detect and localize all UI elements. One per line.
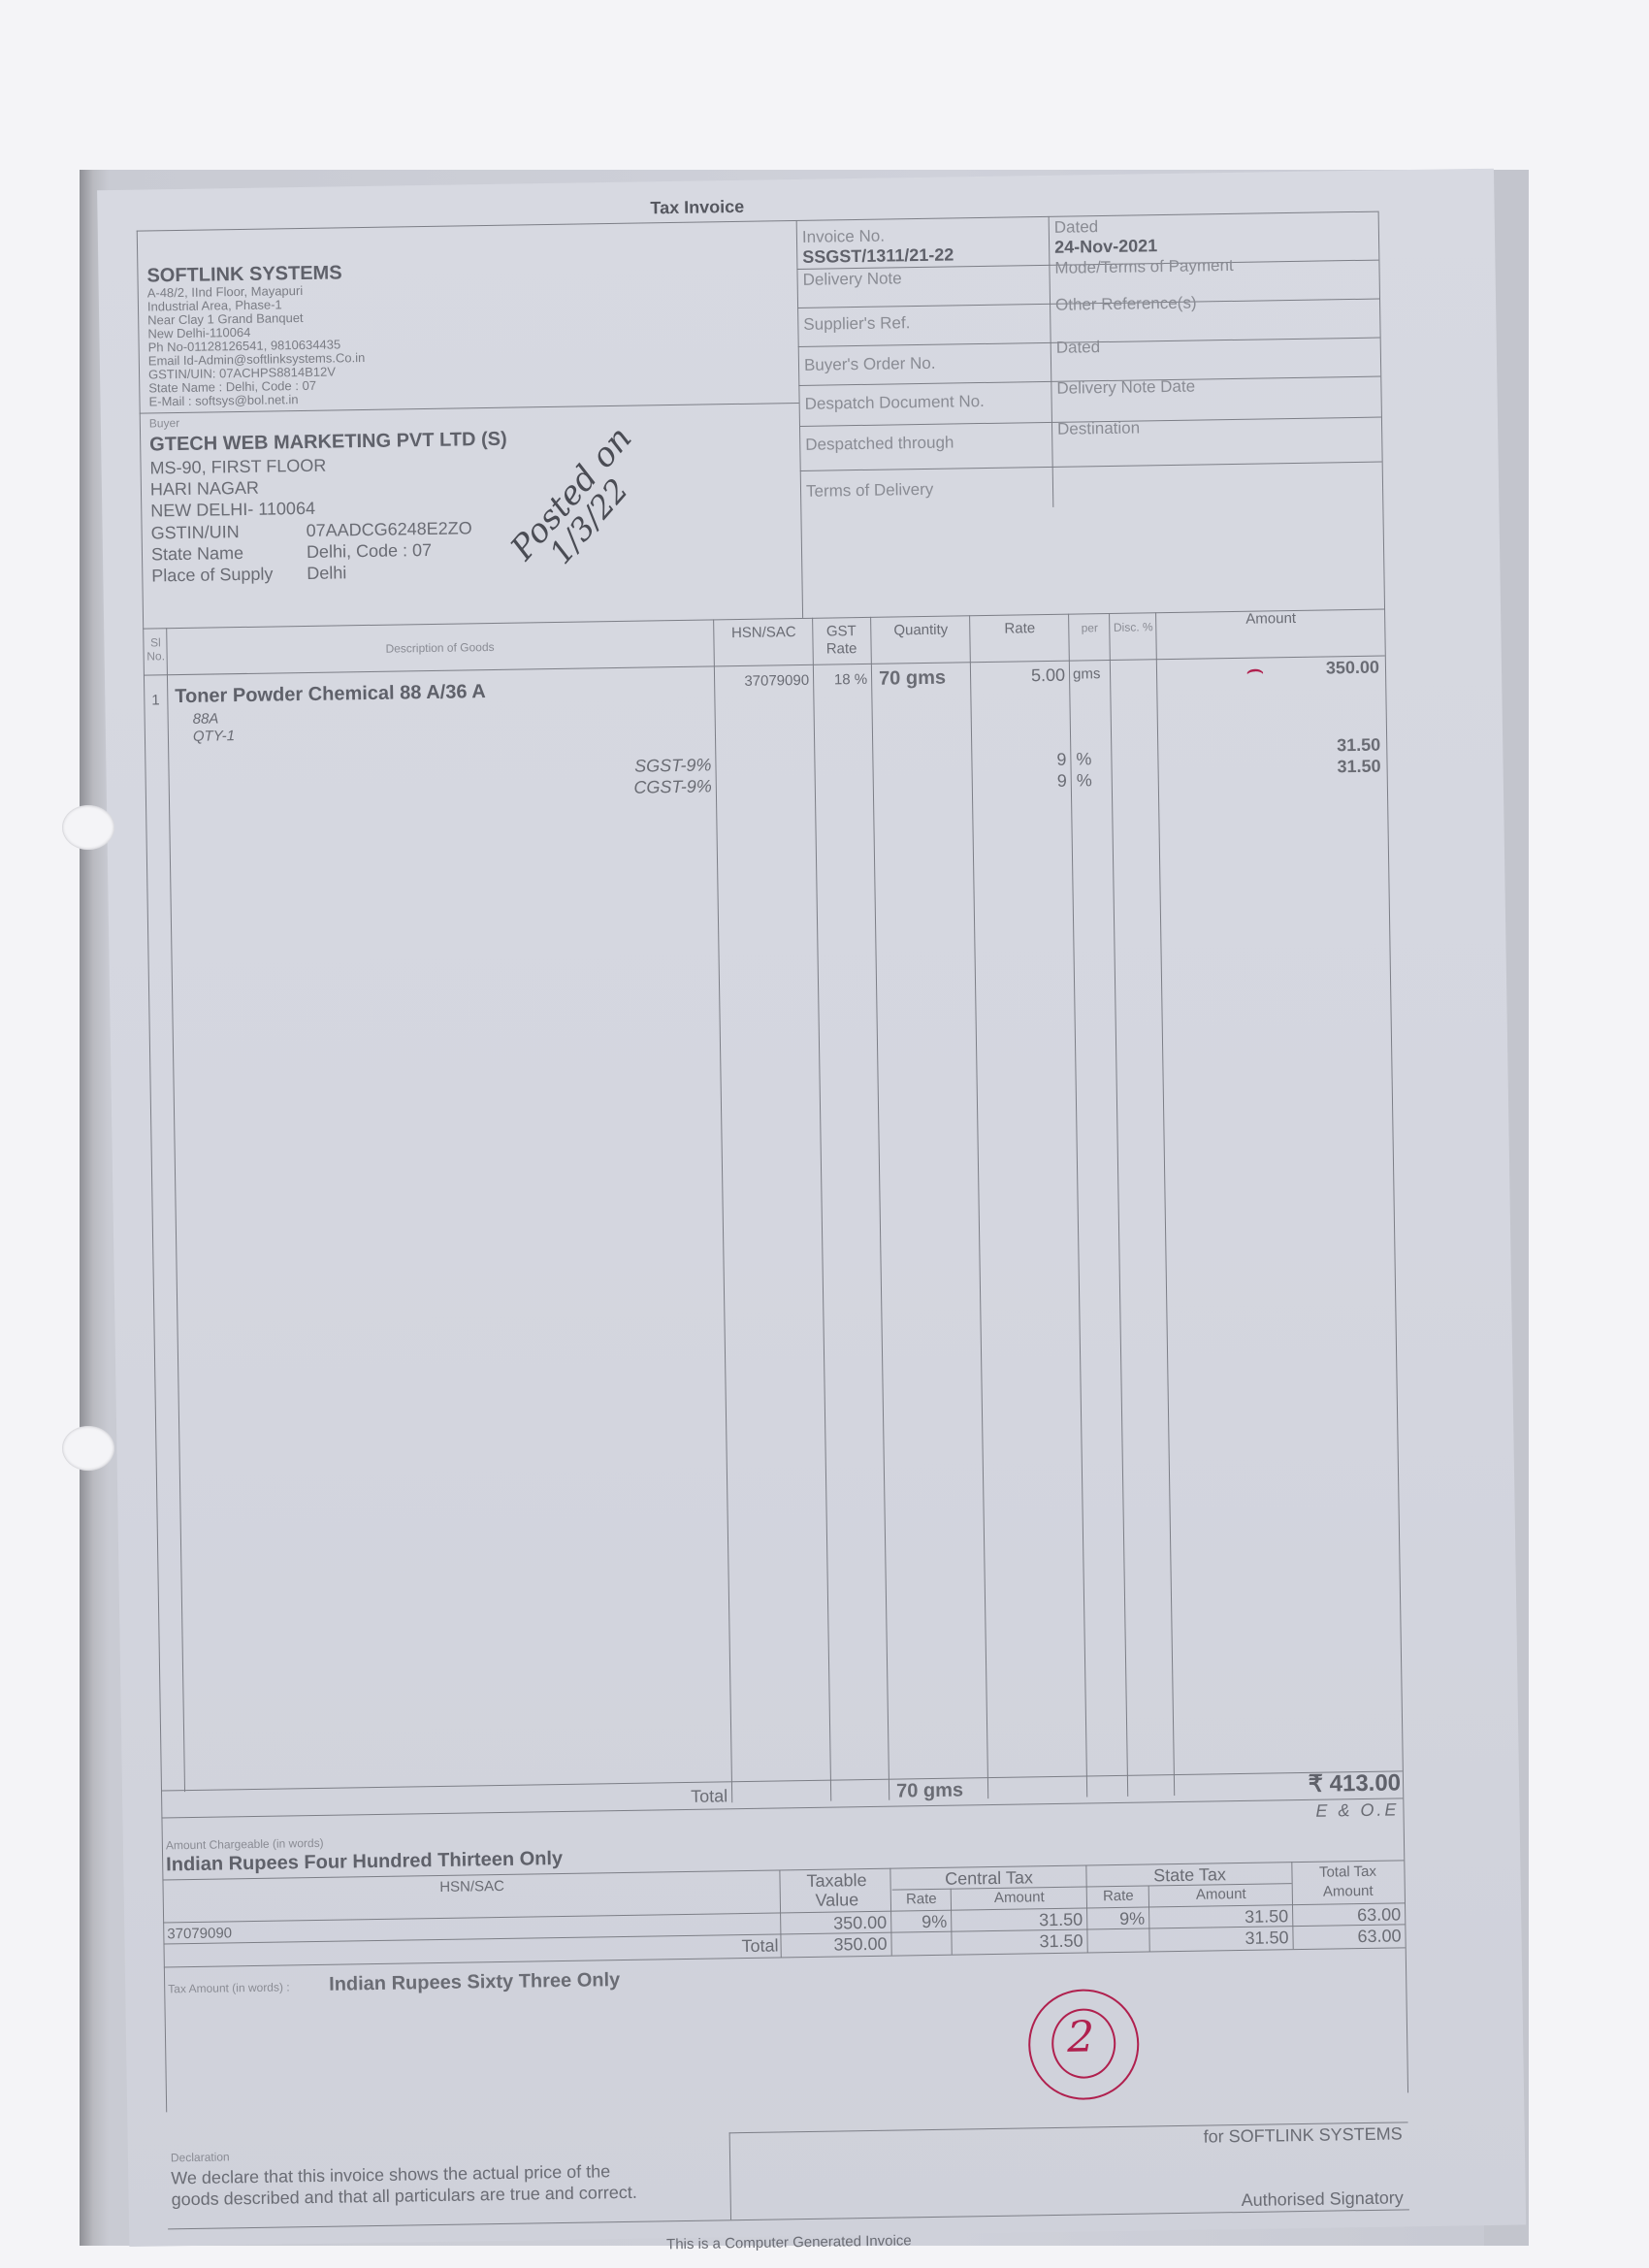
tax-line-rate: 9 bbox=[973, 750, 1066, 772]
punch-hole bbox=[62, 1426, 114, 1471]
tax-line-label: CGST-9% bbox=[495, 776, 712, 800]
tax-line-amount: 31.50 bbox=[1159, 757, 1380, 781]
col-rate-header: Rate bbox=[971, 620, 1068, 638]
col-line bbox=[812, 618, 831, 1801]
buyer-gstin: 07AADCG6248E2ZO bbox=[306, 517, 471, 541]
despatch-doc-label: Despatch Document No. bbox=[804, 392, 984, 414]
item-description: Toner Powder Chemical 88 A/36 A bbox=[175, 681, 486, 708]
destination-label: Destination bbox=[1057, 418, 1140, 438]
terms-of-delivery-label: Terms of Delivery bbox=[806, 480, 934, 502]
total-label: Total bbox=[510, 1786, 727, 1810]
col-line bbox=[870, 617, 889, 1800]
other-ref-label: Other Reference(s) bbox=[1055, 294, 1197, 315]
tax-words-label: Tax Amount (in words) : bbox=[168, 1980, 290, 1995]
hsn-total-st: 31.50 bbox=[1150, 1928, 1288, 1950]
item-sl: 1 bbox=[151, 692, 160, 708]
hsn-col-line bbox=[779, 1869, 781, 1957]
col-gst-rate-header: GST Rate bbox=[814, 623, 869, 659]
hsn-ct-rate: 9% bbox=[892, 1912, 947, 1933]
total-quantity: 70 gms bbox=[896, 1779, 963, 1802]
meta-divider bbox=[1049, 216, 1054, 507]
buyer-details-values: 07AADCG6248E2ZO Delhi, Code : 07 Delhi bbox=[306, 517, 472, 584]
item-per: gms bbox=[1073, 665, 1101, 682]
tick-mark-icon: ⌢ bbox=[1245, 653, 1265, 686]
buyer-place: Delhi bbox=[307, 560, 472, 584]
signatory-box-left bbox=[729, 2132, 731, 2219]
tax-line-amount: 31.50 bbox=[1159, 735, 1380, 760]
payment-terms-label: Mode/Terms of Payment bbox=[1054, 256, 1234, 278]
delivery-note-label: Delivery Note bbox=[802, 269, 901, 290]
delivery-note-date-label: Delivery Note Date bbox=[1056, 377, 1195, 399]
st-rate-header: Rate bbox=[1088, 1888, 1148, 1905]
tax-line-label: SGST-9% bbox=[494, 755, 711, 779]
eoe-note: E & O.E bbox=[1176, 1799, 1399, 1824]
item-quantity: 70 gms bbox=[879, 667, 946, 691]
hsn-total-taxable: 350.00 bbox=[784, 1934, 887, 1957]
tax-in-words: Indian Rupees Sixty Three Only bbox=[329, 1969, 620, 1996]
item-rate: 5.00 bbox=[972, 665, 1065, 688]
frame-top bbox=[137, 211, 1378, 232]
tax-line-per: % bbox=[1076, 749, 1091, 769]
order-dated-label: Dated bbox=[1056, 338, 1101, 358]
tax-line-rate: 9 bbox=[974, 771, 1067, 794]
item-gst-rate: 18 % bbox=[815, 671, 867, 689]
taxable-value-header: Taxable Value bbox=[783, 1870, 890, 1911]
col-line bbox=[969, 615, 988, 1798]
col-line bbox=[166, 628, 185, 1792]
buyer-label: Buyer bbox=[149, 416, 180, 430]
col-disc-header: Disc. % bbox=[1111, 620, 1155, 634]
col-line bbox=[1109, 613, 1128, 1797]
document-title: Tax Invoice bbox=[650, 197, 744, 219]
buyer-address: MS-90, FIRST FLOOR HARI NAGAR NEW DELHI-… bbox=[149, 455, 327, 522]
hsn-total-ct: 31.50 bbox=[953, 1931, 1083, 1954]
st-amount-header: Amount bbox=[1150, 1885, 1292, 1903]
col-per-header: per bbox=[1070, 621, 1109, 635]
col-line bbox=[713, 619, 732, 1802]
buyer-state: Delhi, Code : 07 bbox=[307, 538, 472, 563]
ct-amount-header: Amount bbox=[953, 1889, 1086, 1907]
col-hsn-header: HSN/SAC bbox=[715, 624, 812, 642]
total-amount: ₹ 413.00 bbox=[1176, 1768, 1401, 1800]
col-description-header: Description of Goods bbox=[168, 636, 711, 659]
col-line bbox=[1155, 612, 1175, 1796]
punch-hole bbox=[62, 805, 114, 850]
col-amount-header: Amount bbox=[1157, 609, 1384, 630]
tax-line-per: % bbox=[1077, 770, 1092, 791]
despatched-through-label: Despatched through bbox=[805, 433, 954, 454]
col-quantity-header: Quantity bbox=[872, 621, 969, 639]
declaration-label: Declaration bbox=[171, 2150, 230, 2164]
dated-label: Dated bbox=[1054, 217, 1099, 238]
col-line bbox=[1068, 614, 1087, 1798]
ct-rate-header: Rate bbox=[892, 1891, 951, 1908]
hsn-st-rate: 9% bbox=[1088, 1909, 1145, 1930]
buyer-details-labels: GSTIN/UIN State Name Place of Supply bbox=[150, 521, 273, 587]
item-sub-line: 88A bbox=[193, 710, 219, 727]
buyers-order-label: Buyer's Order No. bbox=[804, 354, 936, 375]
item-hsn: 37079090 bbox=[716, 672, 809, 691]
suppliers-ref-label: Supplier's Ref. bbox=[803, 313, 910, 335]
invoice-no-label: Invoice No. bbox=[802, 227, 885, 247]
item-amount: 350.00 bbox=[1158, 658, 1379, 682]
meta-row-line bbox=[800, 462, 1382, 471]
item-sub-line: QTY-1 bbox=[193, 728, 235, 745]
buyer-name: GTECH WEB MARKETING PVT LTD (S) bbox=[149, 429, 507, 457]
amount-in-words: Indian Rupees Four Hundred Thirteen Only bbox=[166, 1848, 563, 1876]
col-sl-header: Sl No. bbox=[145, 635, 166, 663]
computer-generated-footer: This is a Computer Generated Invoice bbox=[168, 2224, 1409, 2260]
hsn-code: 37079090 bbox=[167, 1925, 232, 1942]
amount-words-label: Amount Chargeable (in words) bbox=[166, 1836, 324, 1853]
circled-mark-annotation: 2 bbox=[1027, 1989, 1140, 2101]
frame-bottom bbox=[168, 2209, 1409, 2229]
total-tax-header: Total Tax Amount bbox=[1293, 1862, 1403, 1902]
invoice-sheet: Tax Invoice SOFTLINK SYSTEMS A-48/2, IIn… bbox=[97, 169, 1526, 2247]
invoice-no: SSGST/1311/21-22 bbox=[802, 244, 954, 267]
hsn-total-tax-amount: 63.00 bbox=[1294, 1926, 1401, 1948]
invoice-date: 24-Nov-2021 bbox=[1054, 236, 1157, 258]
seller-address: A-48/2, IInd Floor, Mayapuri Industrial … bbox=[147, 283, 366, 408]
